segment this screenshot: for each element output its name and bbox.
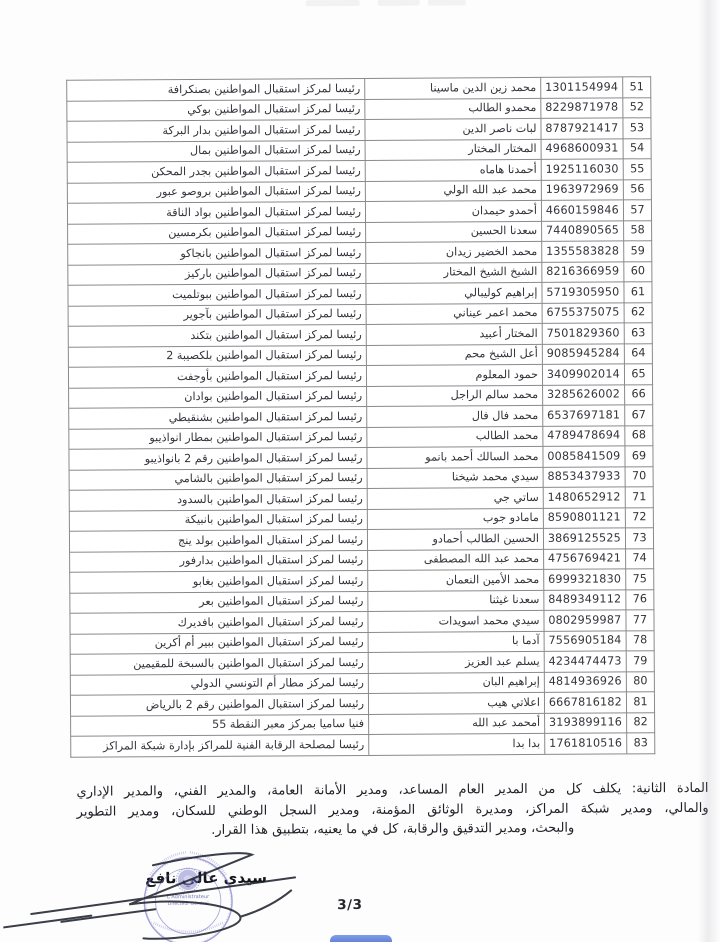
role-cell: رئيسا لمركز استقبال المواطنين بالسبخة لل… <box>70 652 368 674</box>
national-id-cell: 1761810516 <box>545 733 627 754</box>
national-id-cell: 8229871978 <box>541 97 623 118</box>
row-number-cell: 60 <box>624 261 652 282</box>
row-number-cell: 61 <box>624 282 652 303</box>
name-cell: محمد فال فال <box>367 405 543 427</box>
national-id-cell: 3193899116 <box>545 712 627 733</box>
name-cell: لبات ناصر الدين <box>365 118 541 140</box>
row-number-cell: 71 <box>625 487 653 508</box>
name-cell: ساتي جي <box>367 487 543 509</box>
national-id-cell: 1355583828 <box>542 241 624 262</box>
national-id-cell: 4660159846 <box>541 200 623 221</box>
national-id-cell: 6999321830 <box>544 569 626 590</box>
name-cell: أحمدو حيمدان <box>365 200 541 222</box>
name-cell: محمد عبد الله الولي <box>365 180 541 202</box>
stamp-text-line2: Directeur Général <box>168 900 209 907</box>
scan-top-smudge <box>428 0 466 6</box>
name-cell: مامادو جوب <box>367 508 543 530</box>
role-cell: رئيسا لمركز استقبال المواطنين بجدر المحك… <box>67 160 365 182</box>
role-cell: رئيسا لمركز استقبال المواطنين بوكي <box>67 99 365 121</box>
national-id-cell: 6667816182 <box>544 692 626 713</box>
row-number-cell: 67 <box>625 405 653 426</box>
name-cell: محمد عبد الله المصطفى <box>368 549 544 571</box>
row-number-cell: 63 <box>624 323 652 344</box>
national-id-cell: 6537697181 <box>543 405 625 426</box>
name-cell: سعدنا الحسين <box>366 221 542 243</box>
row-number-cell: 79 <box>626 651 654 672</box>
role-cell: رئيسا لمركز استقبال المواطنين بروصو عبور <box>67 181 365 203</box>
row-number-cell: 74 <box>626 548 654 569</box>
national-id-cell: 3869125525 <box>543 528 625 549</box>
role-cell: رئيسا لمركز استقبال المواطنين بتكند <box>68 324 366 346</box>
row-number-cell: 54 <box>623 138 651 159</box>
national-id-cell: 1963972969 <box>541 179 623 200</box>
role-cell: فنيا ساميا بمركز معبر النقطة 55 <box>71 714 369 736</box>
name-cell: بدا بدا <box>369 733 545 755</box>
national-id-cell: 9085945284 <box>542 343 624 364</box>
blue-ui-fragment <box>330 935 392 942</box>
name-cell: محمد سالم الراجل <box>367 385 543 407</box>
role-cell: رئيسا لمركز استقبال المواطنين بانجاكو <box>68 242 366 264</box>
name-cell: أعل الشيخ محم <box>366 344 542 366</box>
name-cell: محمدو الطالب <box>365 98 541 120</box>
role-cell: رئيسا لمصلحة الرقابة الفنية للمراكز بإدا… <box>71 734 369 756</box>
name-cell: اعلاتي هيب <box>368 692 544 714</box>
name-cell: المختار المختار <box>365 139 541 161</box>
role-cell: رئيسا لمركز استقبال المواطنين بواد الناق… <box>67 201 365 223</box>
national-id-cell: 5719305950 <box>542 282 624 303</box>
row-number-cell: 66 <box>625 384 653 405</box>
national-id-cell: 4756769421 <box>544 548 626 569</box>
national-id-cell: 0802959987 <box>544 610 626 631</box>
national-id-cell: 1480652912 <box>543 487 625 508</box>
name-cell: إبراهيم كوليبالي <box>366 282 542 304</box>
national-id-cell: 4968600931 <box>541 138 623 159</box>
name-cell: محمد السالك أحمد بانمو <box>367 446 543 468</box>
national-id-cell: 8590801121 <box>543 507 625 528</box>
appointments-table-body: 511301154994محمد زين الدين ماسينارئيسا ل… <box>67 77 655 757</box>
role-cell: رئيسا لمركز استقبال المواطنين بغابو <box>70 570 368 592</box>
role-cell: رئيسا لمركز استقبال المواطنين بصنكرافة <box>67 78 365 100</box>
row-number-cell: 56 <box>623 179 651 200</box>
row-number-cell: 57 <box>623 200 651 221</box>
national-id-cell: 4789478694 <box>543 425 625 446</box>
row-number-cell: 75 <box>626 569 654 590</box>
row-number-cell: 52 <box>623 97 651 118</box>
national-id-cell: 8787921417 <box>541 118 623 139</box>
name-cell: حمود المعلوم <box>366 364 542 386</box>
closing-paragraph: المادة الثانية: يكلف كل من المدير العام … <box>76 779 708 841</box>
row-number-cell: 73 <box>625 528 653 549</box>
name-cell: أمحمد عبد الله <box>369 713 545 735</box>
stamp-text-line1: L'Administrateur <box>167 894 210 900</box>
name-cell: محمد الطالب <box>367 426 543 448</box>
scanned-page: 511301154994محمد زين الدين ماسينارئيسا ل… <box>0 0 720 942</box>
row-number-cell: 65 <box>624 364 652 385</box>
name-cell: يسلم عبد العزيز <box>368 651 544 673</box>
role-cell: رئيسا لمركز مطار أم التونسي الدولي <box>70 673 368 695</box>
row-number-cell: 83 <box>627 733 655 754</box>
row-number-cell: 81 <box>626 692 654 713</box>
role-cell: رئيسا لمركز استقبال المواطنين باركيز <box>68 263 366 285</box>
name-cell: محمد الأمين النعمان <box>368 569 544 591</box>
scan-top-smudge <box>378 0 420 6</box>
appointments-table: 511301154994محمد زين الدين ماسينارئيسا ل… <box>66 76 655 757</box>
role-cell: رئيسا لمركز استقبال المواطنين بأوجفت <box>68 365 366 387</box>
national-id-cell: 6755375075 <box>542 302 624 323</box>
row-number-cell: 76 <box>626 589 654 610</box>
name-cell: سيدي محمد اسويدات <box>368 610 544 632</box>
name-cell: المختار أعبيد <box>366 323 542 345</box>
role-cell: رئيسا لمركز استقبال المواطنين بمطار انوا… <box>69 427 367 449</box>
name-cell: آدما با <box>368 631 544 653</box>
role-cell: رئيسا لمركز استقبال المواطنين ببوتلميت <box>68 283 366 305</box>
role-cell: رئيسا لمركز استقبال المواطنين بعر <box>70 591 368 613</box>
national-id-cell: 7556905184 <box>544 630 626 651</box>
name-cell: أحمدنا هاماه <box>365 159 541 181</box>
row-number-cell: 78 <box>626 630 654 651</box>
role-cell: رئيسا لمركز استقبال المواطنين بكرمسين <box>68 222 366 244</box>
role-cell: رئيسا لمركز استقبال المواطنين بوادان <box>69 386 367 408</box>
signature-name: سيدي عالي نافع <box>131 868 281 887</box>
row-number-cell: 58 <box>624 220 652 241</box>
paragraph-line: والمالي، ومدير شبكة المراكز، ومديرة الوث… <box>77 798 709 821</box>
national-id-cell: 0085841509 <box>543 446 625 467</box>
role-cell: رئيسا لمركز استقبال المواطنين رقم 2 بانو… <box>69 447 367 469</box>
national-id-cell: 1301154994 <box>541 77 623 98</box>
row-number-cell: 69 <box>625 446 653 467</box>
name-cell: سعدنا غيثنا <box>368 590 544 612</box>
role-cell: رئيسا لمركز استقبال المواطنين بدار البرك… <box>67 119 365 141</box>
national-id-cell: 8853437933 <box>543 466 625 487</box>
row-number-cell: 70 <box>625 466 653 487</box>
role-cell: رئيسا لمركز استقبال المواطنين بولد ينج <box>69 529 367 551</box>
role-cell: رئيسا لمركز استقبال المواطنين بالسدود <box>69 488 367 510</box>
national-id-cell: 3285626002 <box>543 384 625 405</box>
paragraph-line: والبحث، ومدير التدقيق والرقابة، كل في ما… <box>77 818 709 841</box>
name-cell: سيدي محمد شيخنا <box>367 467 543 489</box>
role-cell: رئيسا لمركز استقبال المواطنين ببير أم أك… <box>70 632 368 654</box>
name-cell: محمد اعمر عيناني <box>366 303 542 325</box>
row-number-cell: 80 <box>626 671 654 692</box>
national-id-cell: 4814936926 <box>544 671 626 692</box>
row-number-cell: 55 <box>623 159 651 180</box>
row-number-cell: 62 <box>624 302 652 323</box>
role-cell: رئيسا لمركز استقبال المواطنين بمال <box>67 140 365 162</box>
national-id-cell: 4234474473 <box>544 651 626 672</box>
official-stamp: L'Administrateur Directeur Général <box>79 840 300 942</box>
name-cell: محمد زين الدين ماسينا <box>365 77 541 99</box>
scan-top-smudge <box>306 0 360 6</box>
row-number-cell: 72 <box>625 507 653 528</box>
national-id-cell: 3409902014 <box>542 364 624 385</box>
name-cell: الحسين الطالب أحمادو <box>367 528 543 550</box>
national-id-cell: 8216366959 <box>542 261 624 282</box>
name-cell: إبراهيم البان <box>368 672 544 694</box>
role-cell: رئيسا لمركز استقبال المواطنين بافديرك <box>70 611 368 633</box>
row-number-cell: 82 <box>627 712 655 733</box>
row-number-cell: 53 <box>623 118 651 139</box>
appointments-table-container: 511301154994محمد زين الدين ماسينارئيسا ل… <box>66 76 654 757</box>
role-cell: رئيسا لمركز استقبال المواطنين بآجوير <box>68 304 366 326</box>
role-cell: رئيسا لمركز استقبال المواطنين بدارفور <box>70 550 368 572</box>
row-number-cell: 77 <box>626 610 654 631</box>
role-cell: رئيسا لمركز استقبال المواطنين بانبيكة <box>69 509 367 531</box>
row-number-cell: 51 <box>623 77 651 98</box>
name-cell: محمد الخضير زيدان <box>366 241 542 263</box>
national-id-cell: 8489349112 <box>544 589 626 610</box>
page-number: 3/3 <box>337 897 362 913</box>
role-cell: رئيسا لمركز استقبال المواطنين بالشامي <box>69 468 367 490</box>
row-number-cell: 68 <box>625 425 653 446</box>
name-cell: الشيخ الشيخ المختار <box>366 262 542 284</box>
row-number-cell: 64 <box>624 343 652 364</box>
national-id-cell: 7501829360 <box>542 323 624 344</box>
national-id-cell: 1925116030 <box>541 159 623 180</box>
table-row: 831761810516بدا بدارئيسا لمصلحة الرقابة … <box>71 733 655 757</box>
national-id-cell: 7440890565 <box>542 220 624 241</box>
role-cell: رئيسا لمركز استقبال المواطنين رقم 2 بالر… <box>70 693 368 715</box>
role-cell: رئيسا لمركز استقبال المواطنين بشنقيطي <box>69 406 367 428</box>
row-number-cell: 59 <box>624 241 652 262</box>
role-cell: رئيسا لمركز استقبال المواطنين بلكصيبة 2 <box>68 345 366 367</box>
